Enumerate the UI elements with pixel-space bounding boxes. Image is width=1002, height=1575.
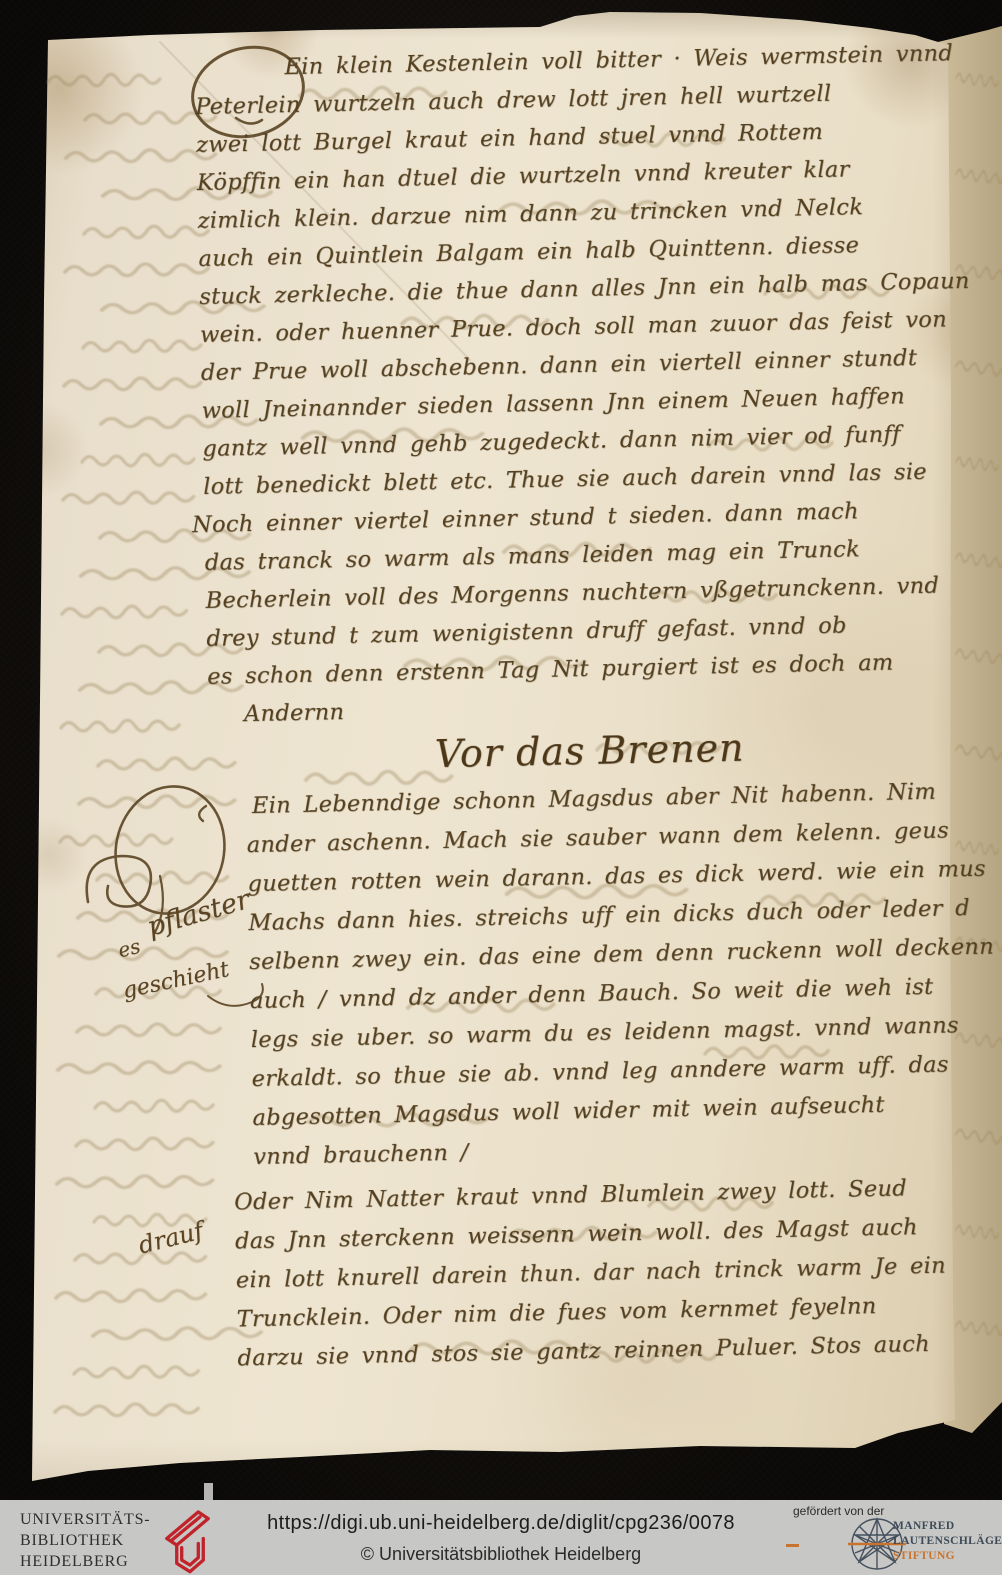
manuscript-text-block: Ein klein Kestenlein voll bitter · Weis … <box>188 34 976 1379</box>
calibration-tab <box>204 1483 213 1500</box>
funder-dash <box>786 1544 799 1547</box>
funder-name-line: STIFTUNG <box>893 1549 1002 1564</box>
funder-name: MANFRED LAUTENSCHLÄGER STIFTUNG <box>893 1519 1002 1564</box>
manuscript-paragraph-2: Ein Lebenndige schonn Magsdus aber Nit h… <box>204 772 972 1178</box>
funder-name-line: MANFRED <box>893 1519 1002 1534</box>
manuscript-paragraph-3: Oder Nim Natter kraut vnnd Blumlein zwey… <box>212 1168 976 1379</box>
funder-name-line: LAUTENSCHLÄGER <box>893 1534 1002 1549</box>
footer-band: UNIVERSITÄTS- BIBLIOTHEK HEIDELBERG http… <box>0 1500 1002 1575</box>
book-photograph: Ein klein Kestenlein voll bitter · Weis … <box>0 0 1002 1500</box>
manuscript-paragraph-1: Ein klein Kestenlein voll bitter · Weis … <box>188 34 962 734</box>
screenshot-root: Ein klein Kestenlein voll bitter · Weis … <box>0 0 1002 1575</box>
